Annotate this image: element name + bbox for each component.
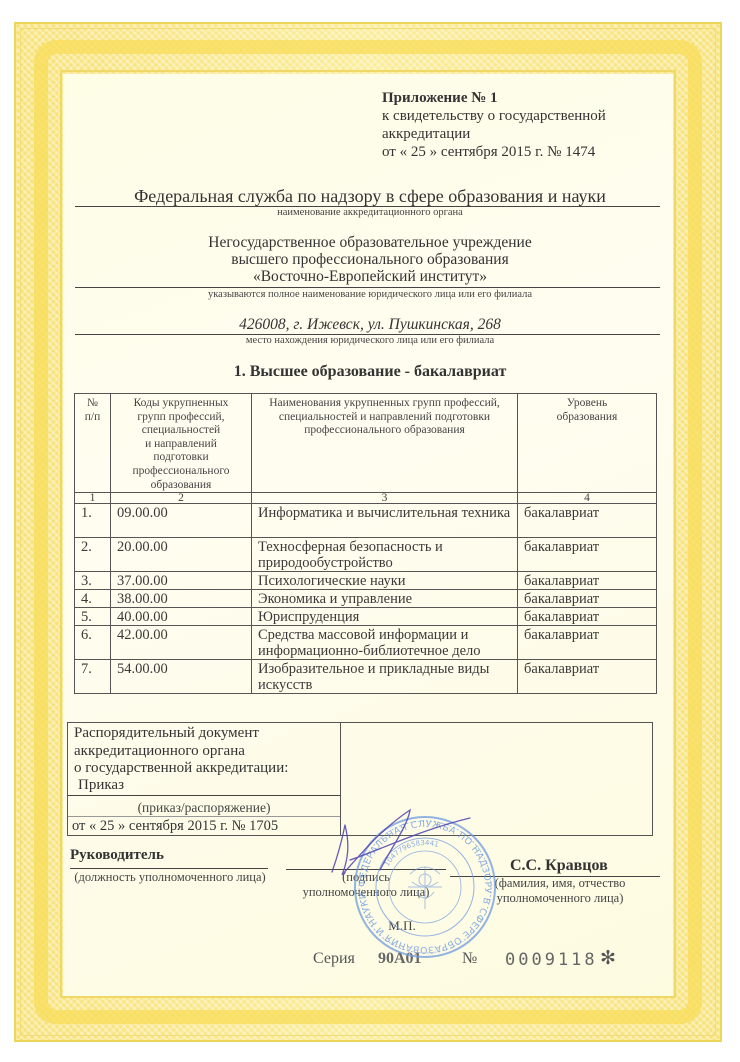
role-caption: (должность уполномоченного лица) <box>60 870 280 885</box>
decree-separator <box>68 816 340 817</box>
row-level: бакалавриат <box>518 626 657 660</box>
header-codes: Коды укрупненныхгрупп профессий,специаль… <box>111 394 252 493</box>
address-value: 426008, г. Ижевск, ул. Пушкинская, 268 <box>70 316 670 333</box>
decree-date: от « 25 » сентября 2015 г. № 1705 <box>72 818 278 835</box>
authority-name: Федеральная служба по надзору в сфере об… <box>70 186 670 207</box>
series-label: Серия <box>313 950 355 968</box>
number-value: 0009118 <box>505 950 598 970</box>
appendix-line-2: аккредитации <box>382 125 682 143</box>
authority-caption: наименование аккредитационного органа <box>70 207 670 218</box>
row-program-name: Техносферная безопасность и природообуст… <box>252 538 518 572</box>
row-code: 54.00.00 <box>111 660 252 694</box>
row-code: 20.00.00 <box>111 538 252 572</box>
row-number: 7. <box>75 660 111 694</box>
organization-underline <box>75 287 660 288</box>
row-number: 1. <box>75 504 111 538</box>
address-caption: место нахождения юридического лица или е… <box>70 335 670 346</box>
row-program-name: Психологические науки <box>252 572 518 590</box>
table-header-row: №п/п Коды укрупненныхгрупп профессий,спе… <box>75 394 657 493</box>
decree-text-line-3: о государственной аккредитации: <box>74 760 288 778</box>
organization-line-3: «Восточно-Европейский институт» <box>70 268 670 285</box>
signatory-name: С.С. Кравцов <box>510 857 608 875</box>
row-level: бакалавриат <box>518 538 657 572</box>
row-code: 37.00.00 <box>111 572 252 590</box>
organization-line-2: высшего профессионального образования <box>70 251 670 268</box>
column-number: 1 <box>75 493 111 504</box>
header-level-text: Уровеньобразования <box>557 397 618 423</box>
signatory-role: Руководитель <box>70 847 164 864</box>
name-caption-line-2: уполномоченного лица) <box>460 891 660 906</box>
row-level: бакалавриат <box>518 608 657 626</box>
table-row: 4.38.00.00Экономика и управлениебакалавр… <box>75 590 657 608</box>
appendix-line-3: от « 25 » сентября 2015 г. № 1474 <box>382 143 682 161</box>
decree-divider <box>340 723 341 835</box>
row-code: 42.00.00 <box>111 626 252 660</box>
decree-text-line-2: аккредитационного органа <box>74 743 288 761</box>
header-number: №п/п <box>75 394 111 493</box>
header-codes-text: Коды укрупненныхгрупп профессий,специаль… <box>132 397 229 491</box>
row-program-name: Юриспруденция <box>252 608 518 626</box>
row-number: 3. <box>75 572 111 590</box>
column-number: 2 <box>111 493 252 504</box>
row-level: бакалавриат <box>518 504 657 538</box>
header-names-text: Наименования укрупненных групп профессий… <box>269 397 500 436</box>
row-code: 40.00.00 <box>111 608 252 626</box>
row-number: 6. <box>75 626 111 660</box>
header-number-text: №п/п <box>85 397 101 423</box>
table-row: 1.09.00.00Информатика и вычислительная т… <box>75 504 657 538</box>
row-level: бакалавриат <box>518 572 657 590</box>
row-number: 5. <box>75 608 111 626</box>
appendix-header: Приложение № 1 к свидетельству о государ… <box>382 89 682 161</box>
name-caption-line-1: (фамилия, имя, отчество <box>460 876 660 891</box>
decree-text-line-1: Распорядительный документ <box>74 725 288 743</box>
decree-order-type-caption: (приказ/распоряжение) <box>68 800 340 816</box>
number-label: № <box>462 950 477 968</box>
column-number: 3 <box>252 493 518 504</box>
table-row: 6.42.00.00Средства массовой информации и… <box>75 626 657 660</box>
organization-line-1: Негосударственное образовательное учрежд… <box>70 234 670 251</box>
header-names: Наименования укрупненных групп профессий… <box>252 394 518 493</box>
column-number-row: 1 2 3 4 <box>75 493 657 504</box>
decree-description: Распорядительный документ аккредитационн… <box>74 725 288 778</box>
row-number: 2. <box>75 538 111 572</box>
series-value: 90А01 <box>378 950 422 968</box>
decree-box: Распорядительный документ аккредитационн… <box>67 722 653 836</box>
row-program-name: Информатика и вычислительная техника <box>252 504 518 538</box>
table-row: 3.37.00.00Психологические наукибакалаври… <box>75 572 657 590</box>
row-number: 4. <box>75 590 111 608</box>
column-number: 4 <box>518 493 657 504</box>
programs-table: №п/п Коды укрупненныхгрупп профессий,спе… <box>74 393 657 694</box>
row-code: 38.00.00 <box>111 590 252 608</box>
table-row: 2.20.00.00Техносферная безопасность и пр… <box>75 538 657 572</box>
row-code: 09.00.00 <box>111 504 252 538</box>
stamp-label: М.П. <box>372 918 432 933</box>
row-program-name: Средства массовой информации и информаци… <box>252 626 518 660</box>
signature-caption-line-1: (подпись <box>266 870 466 885</box>
row-level: бакалавриат <box>518 660 657 694</box>
appendix-line-1: к свидетельству о государственной <box>382 107 682 125</box>
row-program-name: Изобразительное и прикладные виды искусс… <box>252 660 518 694</box>
signature-caption-line-2: уполномоченного лица) <box>266 885 466 900</box>
header-level: Уровеньобразования <box>518 394 657 493</box>
table-row: 7.54.00.00Изобразительное и прикладные в… <box>75 660 657 694</box>
organization-caption: указываются полное наименование юридичес… <box>70 289 670 300</box>
role-underline <box>70 868 268 869</box>
decree-order-type: Приказ <box>78 777 124 794</box>
row-program-name: Экономика и управление <box>252 590 518 608</box>
table-row: 5.40.00.00Юриспруденциябакалавриат <box>75 608 657 626</box>
section-title: 1. Высшее образование - бакалавриат <box>80 363 660 381</box>
asterisk-icon: ✻ <box>600 947 616 970</box>
decree-order-underline <box>68 795 340 796</box>
appendix-title: Приложение № 1 <box>382 89 682 107</box>
row-level: бакалавриат <box>518 590 657 608</box>
table-body: 1.09.00.00Информатика и вычислительная т… <box>75 504 657 694</box>
